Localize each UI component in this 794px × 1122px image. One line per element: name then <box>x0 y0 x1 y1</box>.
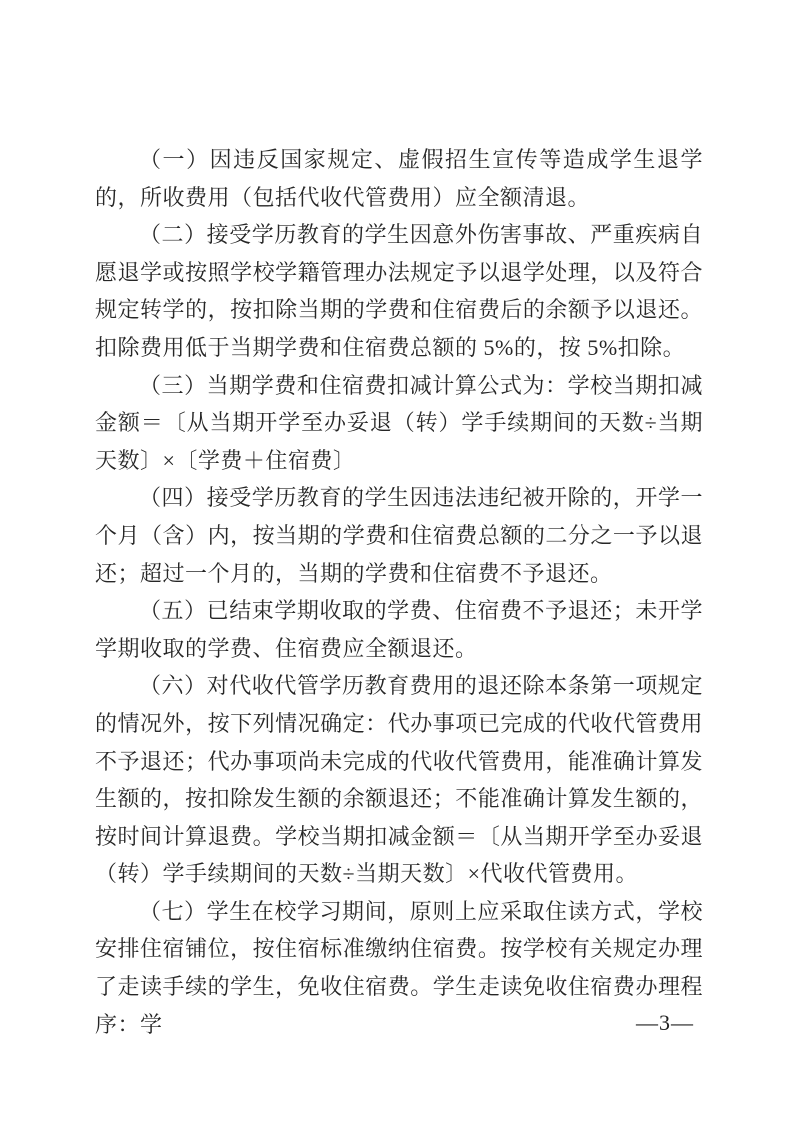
paragraph-item-2: （二）接受学历教育的学生因意外伤害事故、严重疾病自愿退学或按照学校学籍管理办法规… <box>95 216 703 366</box>
document-page: （一）因违反国家规定、虚假招生宣传等造成学生退学的，所收费用（包括代收代管费用）… <box>0 0 794 1122</box>
paragraph-item-4: （四）接受学历教育的学生因违法违纪被开除的，开学一个月（含）内，按当期的学费和住… <box>95 479 703 592</box>
paragraph-item-3: （三）当期学费和住宿费扣减计算公式为：学校当期扣减金额＝〔从当期开学至办妥退（转… <box>95 367 703 480</box>
paragraph-item-5: （五）已结束学期收取的学费、住宿费不予退还；未开学学期收取的学费、住宿费应全额退… <box>95 592 703 667</box>
document-body: （一）因违反国家规定、虚假招生宣传等造成学生退学的，所收费用（包括代收代管费用）… <box>95 141 703 1043</box>
page-number: —3— <box>636 1008 694 1038</box>
paragraph-item-6: （六）对代收代管学历教育费用的退还除本条第一项规定的情况外，按下列情况确定：代办… <box>95 667 703 893</box>
paragraph-item-1: （一）因违反国家规定、虚假招生宣传等造成学生退学的，所收费用（包括代收代管费用）… <box>95 141 703 216</box>
paragraph-item-7: （七）学生在校学习期间，原则上应采取住读方式，学校安排住宿铺位，按住宿标准缴纳住… <box>95 893 703 1043</box>
